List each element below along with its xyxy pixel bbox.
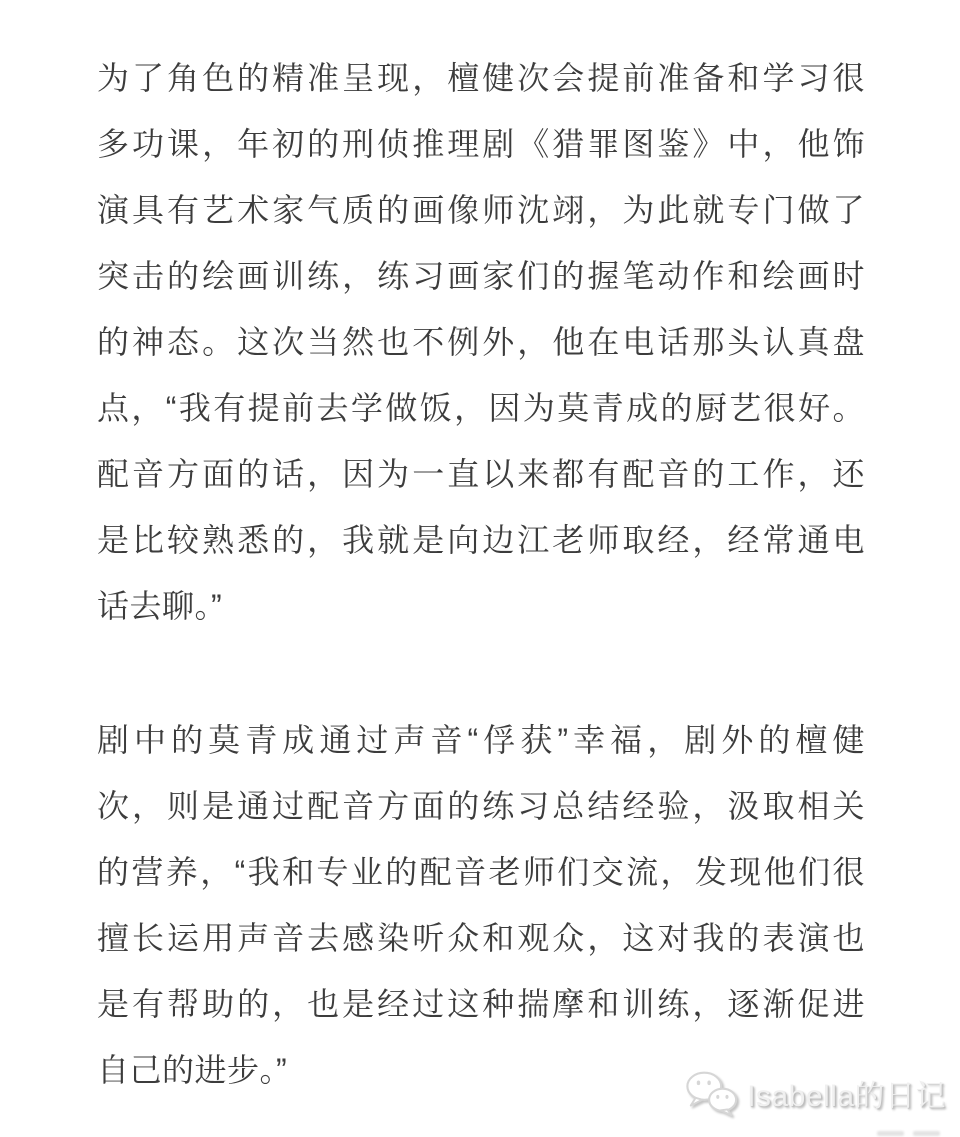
paragraph-2: 剧中的莫青成通过声音“俘获”幸福，剧外的檀健 次，则是通过配音方面的练习总结经验…	[97, 707, 865, 1103]
text-line: 剧中的莫青成通过声音“俘获”幸福，剧外的檀健	[97, 707, 865, 773]
text-line: 突击的绘画训练，练习画家们的握笔动作和绘画时	[97, 243, 865, 309]
text-line: 话去聊。”	[97, 573, 865, 639]
text-line: 点，“我有提前去学做饭，因为莫青成的厨艺很好。	[97, 375, 865, 441]
text-line: 次，则是通过配音方面的练习总结经验，汲取相关	[97, 773, 865, 839]
text-line: 的神态。这次当然也不例外，他在电话那头认真盘	[97, 309, 865, 375]
watermark: Isabella的日记	[684, 1069, 946, 1117]
article-text: 为了角色的精准呈现，檀健次会提前准备和学习很 多功课，年初的刑侦推理剧《猎罪图鉴…	[97, 45, 865, 1103]
text-line: 配音方面的话，因为一直以来都有配音的工作，还	[97, 441, 865, 507]
watermark-label: Isabella的日记	[747, 1071, 946, 1115]
paragraph-1: 为了角色的精准呈现，檀健次会提前准备和学习很 多功课，年初的刑侦推理剧《猎罪图鉴…	[97, 45, 865, 639]
text-line: 是比较熟悉的，我就是向边江老师取经，经常通电	[97, 507, 865, 573]
article-page: 为了角色的精准呈现，檀健次会提前准备和学习很 多功课，年初的刑侦推理剧《猎罪图鉴…	[0, 0, 960, 1137]
text-line: 的营养，“我和专业的配音老师们交流，发现他们很	[97, 839, 865, 905]
text-line: 多功课，年初的刑侦推理剧《猎罪图鉴》中，他饰	[97, 111, 865, 177]
text-line: 擅长运用声音去感染听众和观众，这对我的表演也	[97, 905, 865, 971]
cutoff-text-artifact	[877, 1131, 940, 1136]
text-line: 是有帮助的，也是经过这种揣摩和训练，逐渐促进	[97, 971, 865, 1037]
wechat-logo-icon	[684, 1069, 740, 1117]
text-line: 为了角色的精准呈现，檀健次会提前准备和学习很	[97, 45, 865, 111]
text-line: 演具有艺术家气质的画像师沈翊，为此就专门做了	[97, 177, 865, 243]
